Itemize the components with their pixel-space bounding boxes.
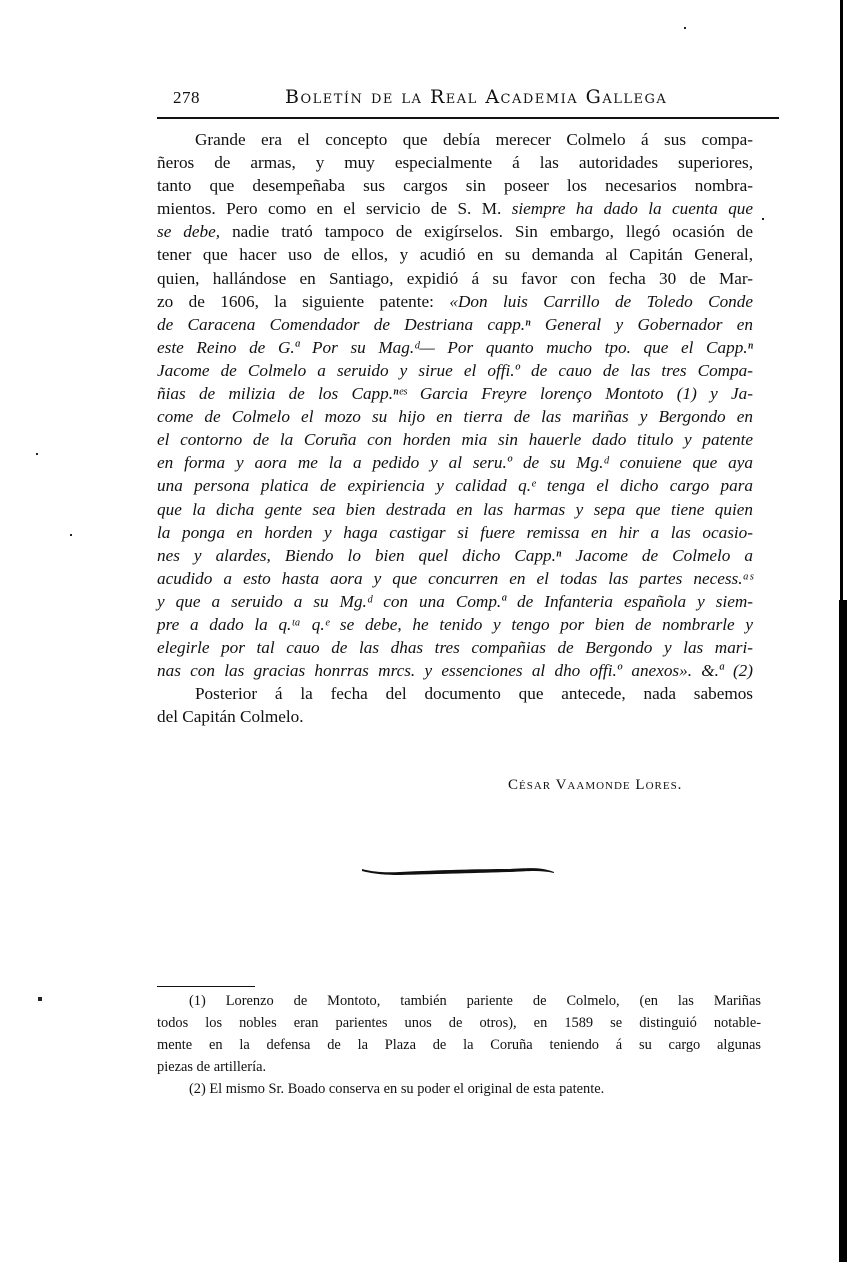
text-segment: nadie trató tampoco de exigírselos. Sin …: [232, 222, 753, 241]
scan-edge-shadow-bottom: [839, 600, 847, 1262]
footnote-2-line: (2) El mismo Sr. Boado conserva en su po…: [157, 1078, 761, 1100]
footnote-1-line: todos los nobles eran parientes unos de …: [157, 1012, 761, 1034]
patent-line: en forma y aora me la a pedido y al seru…: [157, 451, 753, 474]
text-segment: mientos. Pero como en el servicio de S. …: [157, 199, 501, 218]
text-line: Posterior á la fecha del documento que a…: [157, 682, 753, 705]
scan-edge-shadow-top: [840, 0, 843, 600]
patent-line: que la dicha gente sea bien destrada en …: [157, 498, 753, 521]
text-line: zo de 1606, la siguiente patente: «Don l…: [157, 290, 753, 313]
text-line: ñeros de armas, y muy especialmente á la…: [157, 151, 753, 174]
italic-quote: se debe,: [157, 222, 220, 241]
text-line: del Capitán Colmelo.: [157, 705, 753, 728]
patent-line: elegirle por tal cauo de las dhas tres c…: [157, 636, 753, 659]
patent-quote: «Don luis Carrillo de Toledo Conde: [449, 292, 753, 311]
footnote-rule: [157, 986, 255, 987]
patent-line: nas con las gracias honrras mrcs. y esse…: [157, 659, 753, 682]
footnote-1-line: (1) Lorenzo de Montoto, también pariente…: [157, 990, 761, 1012]
patent-line: pre a dado la q.ᵗᵃ q.ᵉ se debe, he tenid…: [157, 613, 753, 636]
scan-speck: [762, 218, 764, 220]
footnotes: (1) Lorenzo de Montoto, también pariente…: [157, 990, 761, 1100]
article-body: Grande era el concepto que debía merecer…: [157, 128, 753, 728]
patent-line: de Caracena Comendador de Destriana capp…: [157, 313, 753, 336]
scan-speck: [38, 997, 42, 1001]
text-line: mientos. Pero como en el servicio de S. …: [157, 197, 753, 220]
running-title: Boletín de la Real Academia Gallega: [285, 86, 667, 108]
footnote-1-line: mente en la defensa de la Plaza de la Co…: [157, 1034, 761, 1056]
patent-line: acudido a esto hasta aora y que concurre…: [157, 567, 753, 590]
closing-ornament-icon: [360, 863, 556, 877]
patent-line: ñias de milizia de los Capp.ⁿᵉˢ Garcia F…: [157, 382, 753, 405]
text-segment: zo de 1606, la siguiente patente:: [157, 292, 434, 311]
text-line: Grande era el concepto que debía merecer…: [157, 128, 753, 151]
patent-line: este Reino de G.ª Por su Mag.ᵈ— Por quan…: [157, 336, 753, 359]
scan-speck: [70, 534, 72, 536]
page-header: 278 Boletín de la Real Academia Gallega: [157, 86, 777, 116]
italic-quote: siempre ha dado la cuenta que: [512, 199, 753, 218]
scan-speck: [36, 453, 38, 455]
text-line: quien, hallándose en Santiago, expidió á…: [157, 267, 753, 290]
footnote-1-line: piezas de artillería.: [157, 1056, 761, 1078]
page-number: 278: [173, 88, 200, 108]
text-line: tener que hacer uso de ellos, y acudió e…: [157, 243, 753, 266]
patent-line: y que a seruido a su Mg.ᵈ con una Comp.ª…: [157, 590, 753, 613]
text-line: tanto que desempeñaba sus cargos sin pos…: [157, 174, 753, 197]
header-rule: [157, 117, 779, 119]
patent-line: el contorno de la Coruña con horden mia …: [157, 428, 753, 451]
patent-line: una persona platica de expiriencia y cal…: [157, 474, 753, 497]
text-line: se debe, nadie trató tampoco de exigírse…: [157, 220, 753, 243]
patent-line: nes y alardes, Biendo lo bien quel dicho…: [157, 544, 753, 567]
patent-line: Jacome de Colmelo a seruido y sirue el o…: [157, 359, 753, 382]
author-signature: César Vaamonde Lores.: [508, 777, 682, 794]
scan-speck: [684, 27, 686, 29]
patent-line: la ponga en horden y haga castigar si fu…: [157, 521, 753, 544]
patent-line: come de Colmelo el mozo su hijo en tierr…: [157, 405, 753, 428]
